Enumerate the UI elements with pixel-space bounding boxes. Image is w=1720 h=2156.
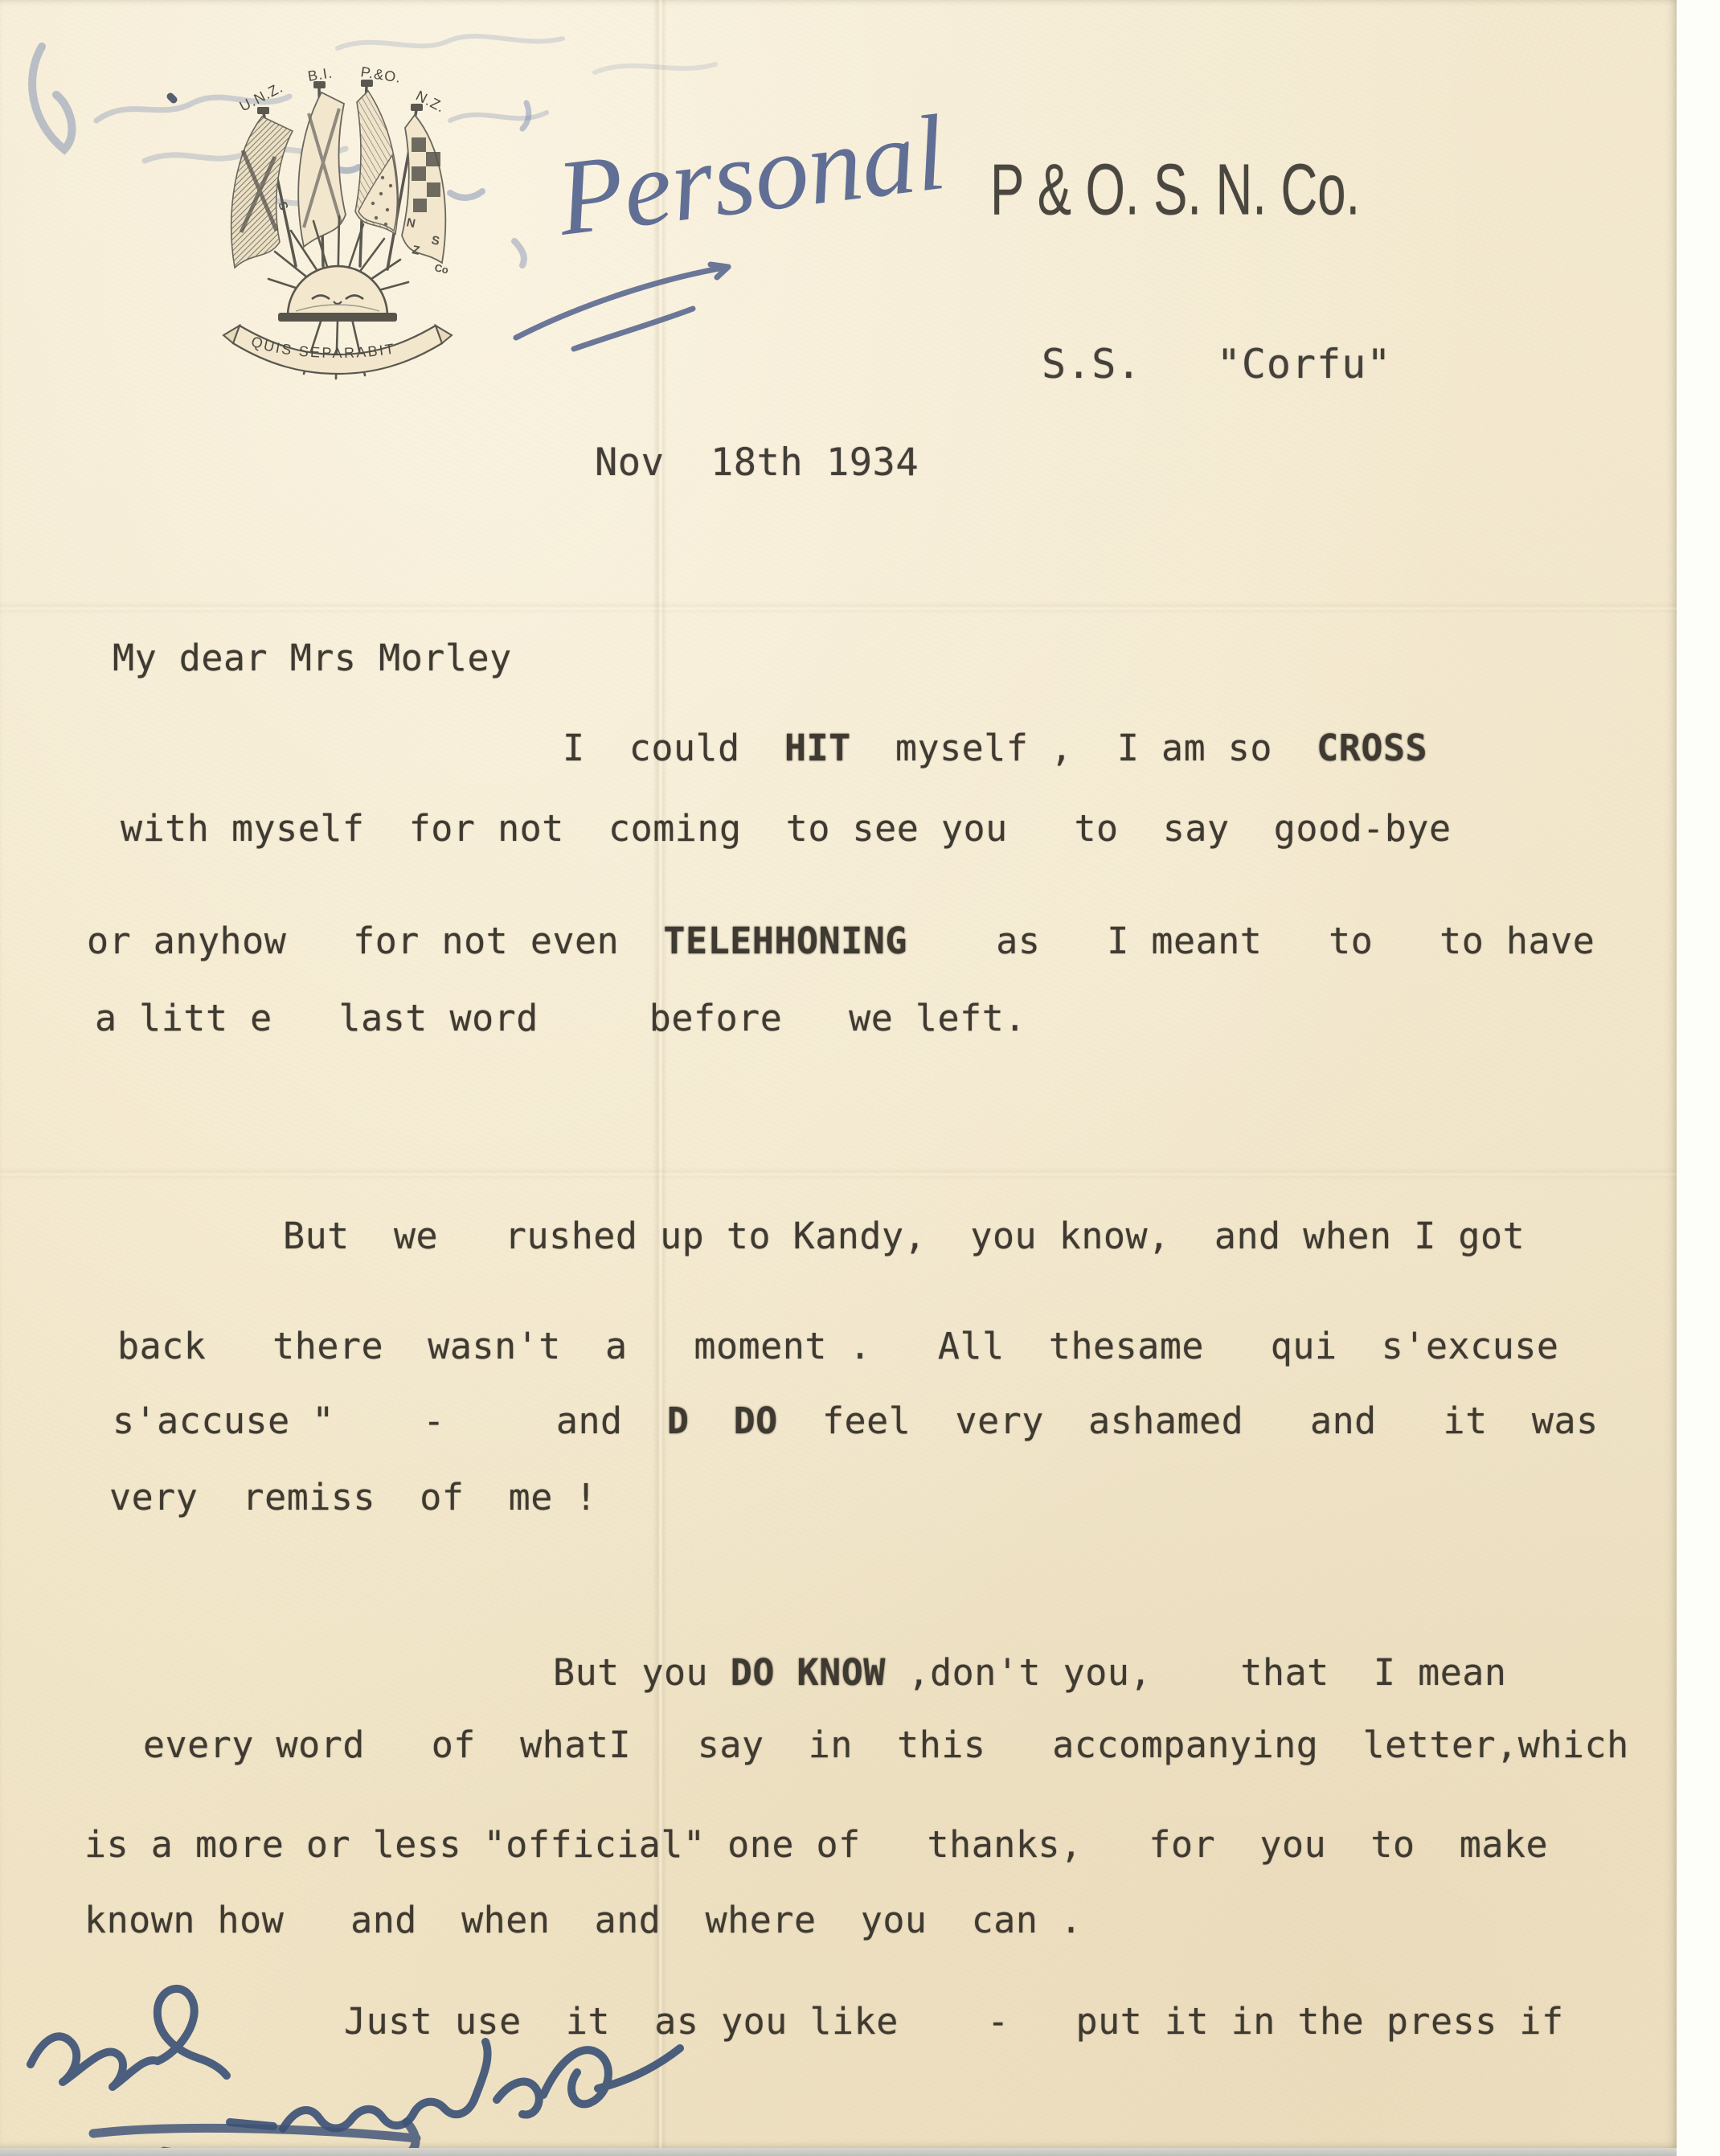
personal-handwriting: Personal	[551, 92, 952, 258]
typed-line: with myself for not coming to see you to…	[121, 810, 1452, 846]
typed-line: I could HIT myself , I am so CROSS	[563, 730, 1427, 766]
typed-line: back there wasn't a moment . All thesame…	[117, 1328, 1559, 1364]
letter-paper: S N S Z Co U.N.Z. B.I. P.&O. N.Z.	[0, 0, 1677, 2148]
typed-line: s'accuse " - and D DO feel very ashamed …	[113, 1403, 1599, 1439]
scan-bottom-edge	[0, 2148, 1677, 2156]
typed-line: a litt e last word before we left.	[95, 1000, 1026, 1036]
ship-name: S.S. "Corfu"	[1042, 341, 1391, 387]
company-crest: S N S Z Co U.N.Z. B.I. P.&O. N.Z.	[223, 64, 452, 379]
personal-underline-flourish	[516, 264, 728, 349]
letter-date: Nov 18th 1934	[595, 441, 919, 485]
typed-line: very remiss of me !	[109, 1479, 597, 1515]
flag-letter: Co	[433, 261, 449, 276]
typed-line: But we rushed up to Kandy, you know, and…	[283, 1218, 1525, 1254]
typed-line: But you DO KNOW ,don't you, that I mean	[553, 1654, 1507, 1691]
typed-line: Just use it as you like - put it in the …	[344, 2003, 1564, 2039]
typed-line: or anyhow for not even TELEHHONING as I …	[87, 923, 1595, 959]
scanned-letter: S N S Z Co U.N.Z. B.I. P.&O. N.Z.	[0, 0, 1720, 2156]
typed-line: is a more or less "official" one of than…	[84, 1826, 1548, 1863]
typed-line: known how and when and where you can .	[84, 1902, 1083, 1938]
company-name: P & O. S. N. Co.	[990, 148, 1360, 232]
flag-label-nz: N.Z.	[413, 88, 448, 116]
typed-line: My dear Mrs Morley	[113, 640, 512, 676]
typed-line: every word of whatI say in this accompan…	[143, 1727, 1629, 1763]
flag-label-bi: B.I.	[306, 64, 334, 84]
